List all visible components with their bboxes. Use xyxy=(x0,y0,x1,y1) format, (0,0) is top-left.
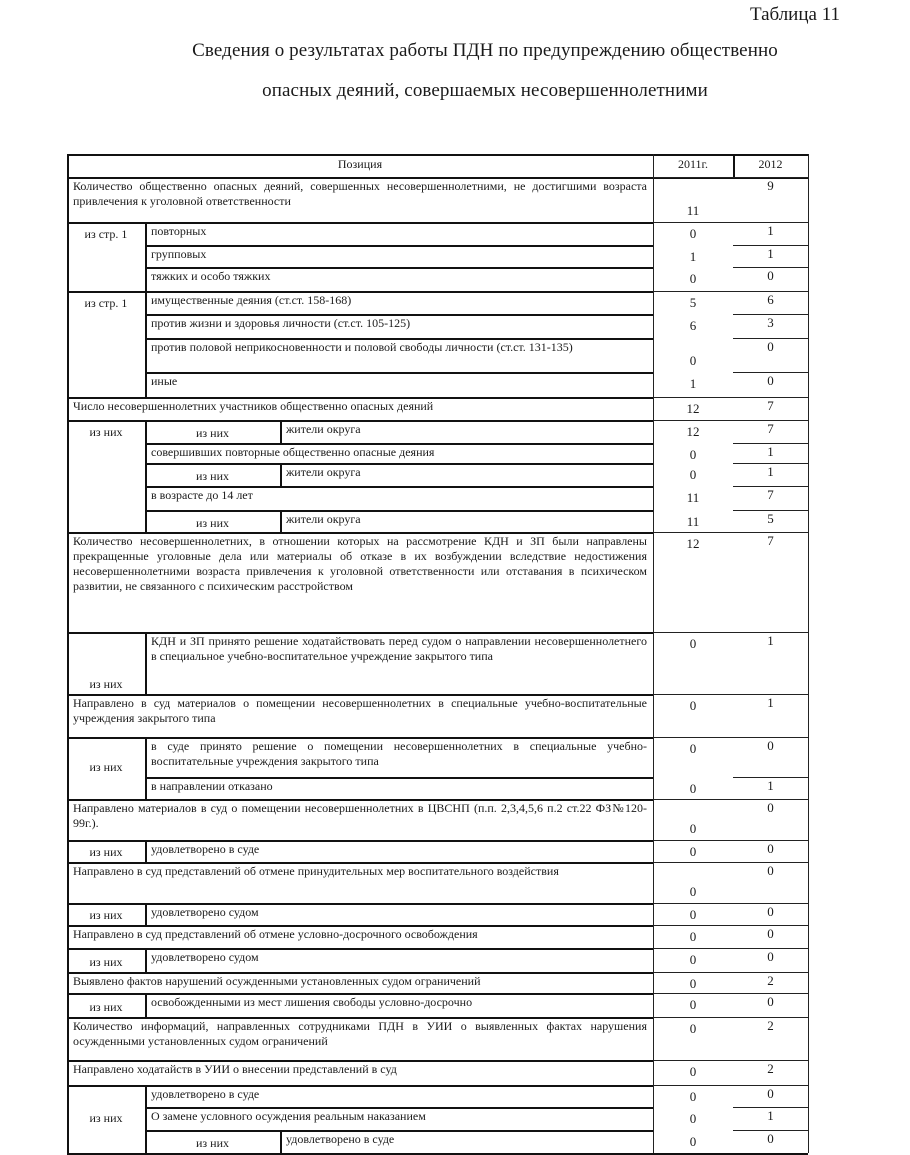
group-label: из них xyxy=(67,1000,145,1015)
value-2012: 0 xyxy=(733,1086,808,1101)
row-description: совершивших повторные общественно опасны… xyxy=(145,443,653,463)
value-2011: 0 xyxy=(653,821,733,836)
value-2012: 2 xyxy=(733,1061,808,1076)
group-label: из них xyxy=(67,845,145,860)
row-description: удовлетворено в суде xyxy=(145,840,653,862)
row-description: Направлено в суд представлений об отмене… xyxy=(67,862,653,903)
grid-line xyxy=(653,1060,733,1061)
grid-line xyxy=(653,222,733,223)
value-2011: 0 xyxy=(653,1021,733,1036)
value-2012: 0 xyxy=(733,904,808,919)
value-2011: 1 xyxy=(653,376,733,391)
value-2012: 0 xyxy=(733,339,808,354)
value-2011: 0 xyxy=(653,884,733,899)
row-description: жители округа xyxy=(280,510,653,532)
value-2011: 0 xyxy=(653,844,733,859)
header-2011: 2011г. xyxy=(653,157,733,172)
grid-line xyxy=(653,177,733,178)
header-position: Позиция xyxy=(67,157,653,172)
group-label: из них xyxy=(67,908,145,923)
value-2012: 5 xyxy=(733,511,808,526)
row-description: Выявлено фактов нарушений осужденными ус… xyxy=(67,972,653,993)
row-description: в направлении отказано xyxy=(145,777,653,799)
value-2012: 3 xyxy=(733,315,808,330)
grid-line xyxy=(733,154,735,177)
grid-line xyxy=(808,154,809,1153)
grid-line xyxy=(653,632,733,633)
row-description: повторных xyxy=(145,222,653,245)
row-description: жители округа xyxy=(280,420,653,443)
row-description: против половой неприкосновенности и поло… xyxy=(145,338,653,372)
grid-line xyxy=(653,799,733,800)
value-2011: 0 xyxy=(653,698,733,713)
group-label: из них xyxy=(67,955,145,970)
value-2012: 0 xyxy=(733,1131,808,1146)
row-description: имущественные деяния (ст.ст. 158-168) xyxy=(145,291,653,314)
value-2011: 11 xyxy=(653,490,733,505)
value-2012: 0 xyxy=(733,738,808,753)
value-2011: 12 xyxy=(653,401,733,416)
value-2011: 0 xyxy=(653,353,733,368)
value-2011: 0 xyxy=(653,1089,733,1104)
value-2011: 5 xyxy=(653,295,733,310)
grid-line xyxy=(653,948,733,949)
grid-line xyxy=(653,291,733,292)
value-2011: 11 xyxy=(653,203,733,218)
value-2011: 0 xyxy=(653,781,733,796)
value-2011: 12 xyxy=(653,424,733,439)
value-2012: 0 xyxy=(733,994,808,1009)
value-2011: 0 xyxy=(653,1064,733,1079)
grid-line xyxy=(653,840,733,841)
value-2011: 0 xyxy=(653,226,733,241)
value-2011: 0 xyxy=(653,741,733,756)
value-2012: 0 xyxy=(733,926,808,941)
row-description: жители округа xyxy=(280,463,653,486)
value-2011: 1 xyxy=(653,249,733,264)
grid-line xyxy=(653,972,733,973)
value-2012: 7 xyxy=(733,487,808,502)
value-2011: 0 xyxy=(653,929,733,944)
value-2012: 7 xyxy=(733,421,808,436)
value-2012: 0 xyxy=(733,949,808,964)
value-2012: 0 xyxy=(733,841,808,856)
value-2011: 0 xyxy=(653,1134,733,1149)
value-2012: 7 xyxy=(733,533,808,548)
value-2011: 0 xyxy=(653,467,733,482)
value-2011: 0 xyxy=(653,907,733,922)
value-2011: 11 xyxy=(653,514,733,529)
row-description: Число несовершеннолетних участников обще… xyxy=(67,397,653,420)
value-2012: 7 xyxy=(733,398,808,413)
value-2012: 1 xyxy=(733,695,808,710)
value-2012: 1 xyxy=(733,223,808,238)
value-2011: 6 xyxy=(653,318,733,333)
sub-label: из них xyxy=(145,426,280,441)
value-2012: 1 xyxy=(733,633,808,648)
sub-label: из них xyxy=(145,1136,280,1151)
value-2012: 1 xyxy=(733,1108,808,1123)
value-2012: 6 xyxy=(733,292,808,307)
grid-line xyxy=(653,397,733,398)
row-description: удовлетворено судом xyxy=(145,948,653,972)
grid-line xyxy=(653,925,733,926)
value-2012: 1 xyxy=(733,778,808,793)
row-description: КДН и ЗП принято решение ходатайствовать… xyxy=(145,632,653,694)
value-2012: 0 xyxy=(733,863,808,878)
value-2012: 0 xyxy=(733,800,808,815)
row-description: удовлетворено в суде xyxy=(280,1130,653,1153)
grid-line xyxy=(653,420,733,421)
value-2011: 0 xyxy=(653,447,733,462)
row-description: в возрасте до 14 лет xyxy=(145,486,653,510)
row-description: против жизни и здоровья личности (ст.ст.… xyxy=(145,314,653,338)
row-description: Направлено в суд представлений об отмене… xyxy=(67,925,653,948)
row-description: удовлетворено в суде xyxy=(145,1085,653,1107)
grid-line xyxy=(653,1017,733,1018)
row-description: удовлетворено судом xyxy=(145,903,653,925)
row-description: Количество несовершеннолетних, в отношен… xyxy=(67,532,653,632)
sub-label: из них xyxy=(145,469,280,484)
row-description: в суде принято решение о помещении несов… xyxy=(145,737,653,777)
grid-line xyxy=(653,694,733,695)
value-2012: 2 xyxy=(733,1018,808,1033)
grid-line xyxy=(653,532,733,533)
grid-line xyxy=(653,737,733,738)
value-2012: 1 xyxy=(733,444,808,459)
group-label: из них xyxy=(67,1111,145,1126)
row-description: Направлено в суд материалов о помещении … xyxy=(67,694,653,737)
group-label: из них xyxy=(67,425,145,440)
grid-line xyxy=(653,1085,733,1086)
group-label: из стр. 1 xyxy=(67,296,145,311)
value-2011: 0 xyxy=(653,976,733,991)
group-label: из стр. 1 xyxy=(67,227,145,242)
value-2011: 0 xyxy=(653,271,733,286)
row-description: освобожденными из мест лишения свободы у… xyxy=(145,993,653,1017)
grid-line xyxy=(653,903,733,904)
header-2012: 2012 xyxy=(733,157,808,172)
value-2012: 0 xyxy=(733,268,808,283)
row-description: Количество информаций, направленных сотр… xyxy=(67,1017,653,1060)
row-description: тяжких и особо тяжких xyxy=(145,267,653,291)
group-label: из них xyxy=(67,760,145,775)
results-table: Позиция2011г.2012Количество общественно … xyxy=(0,0,910,1155)
value-2012: 9 xyxy=(733,178,808,193)
value-2012: 1 xyxy=(733,464,808,479)
row-description: иные xyxy=(145,372,653,397)
value-2012: 1 xyxy=(733,246,808,261)
row-description: Направлено ходатайств в УИИ о внесении п… xyxy=(67,1060,653,1085)
grid-line xyxy=(67,154,808,156)
row-description: Направлено материалов в суд о помещении … xyxy=(67,799,653,840)
group-label: из них xyxy=(67,677,145,692)
sub-label: из них xyxy=(145,516,280,531)
row-description: О замене условного осуждения реальным на… xyxy=(145,1107,653,1130)
grid-line xyxy=(653,862,733,863)
value-2011: 0 xyxy=(653,952,733,967)
row-description: групповых xyxy=(145,245,653,267)
value-2011: 0 xyxy=(653,1111,733,1126)
grid-line xyxy=(653,993,733,994)
value-2012: 0 xyxy=(733,373,808,388)
row-description: Количество общественно опасных деяний, с… xyxy=(67,177,653,222)
value-2011: 0 xyxy=(653,636,733,651)
value-2012: 2 xyxy=(733,973,808,988)
value-2011: 0 xyxy=(653,997,733,1012)
value-2011: 12 xyxy=(653,536,733,551)
